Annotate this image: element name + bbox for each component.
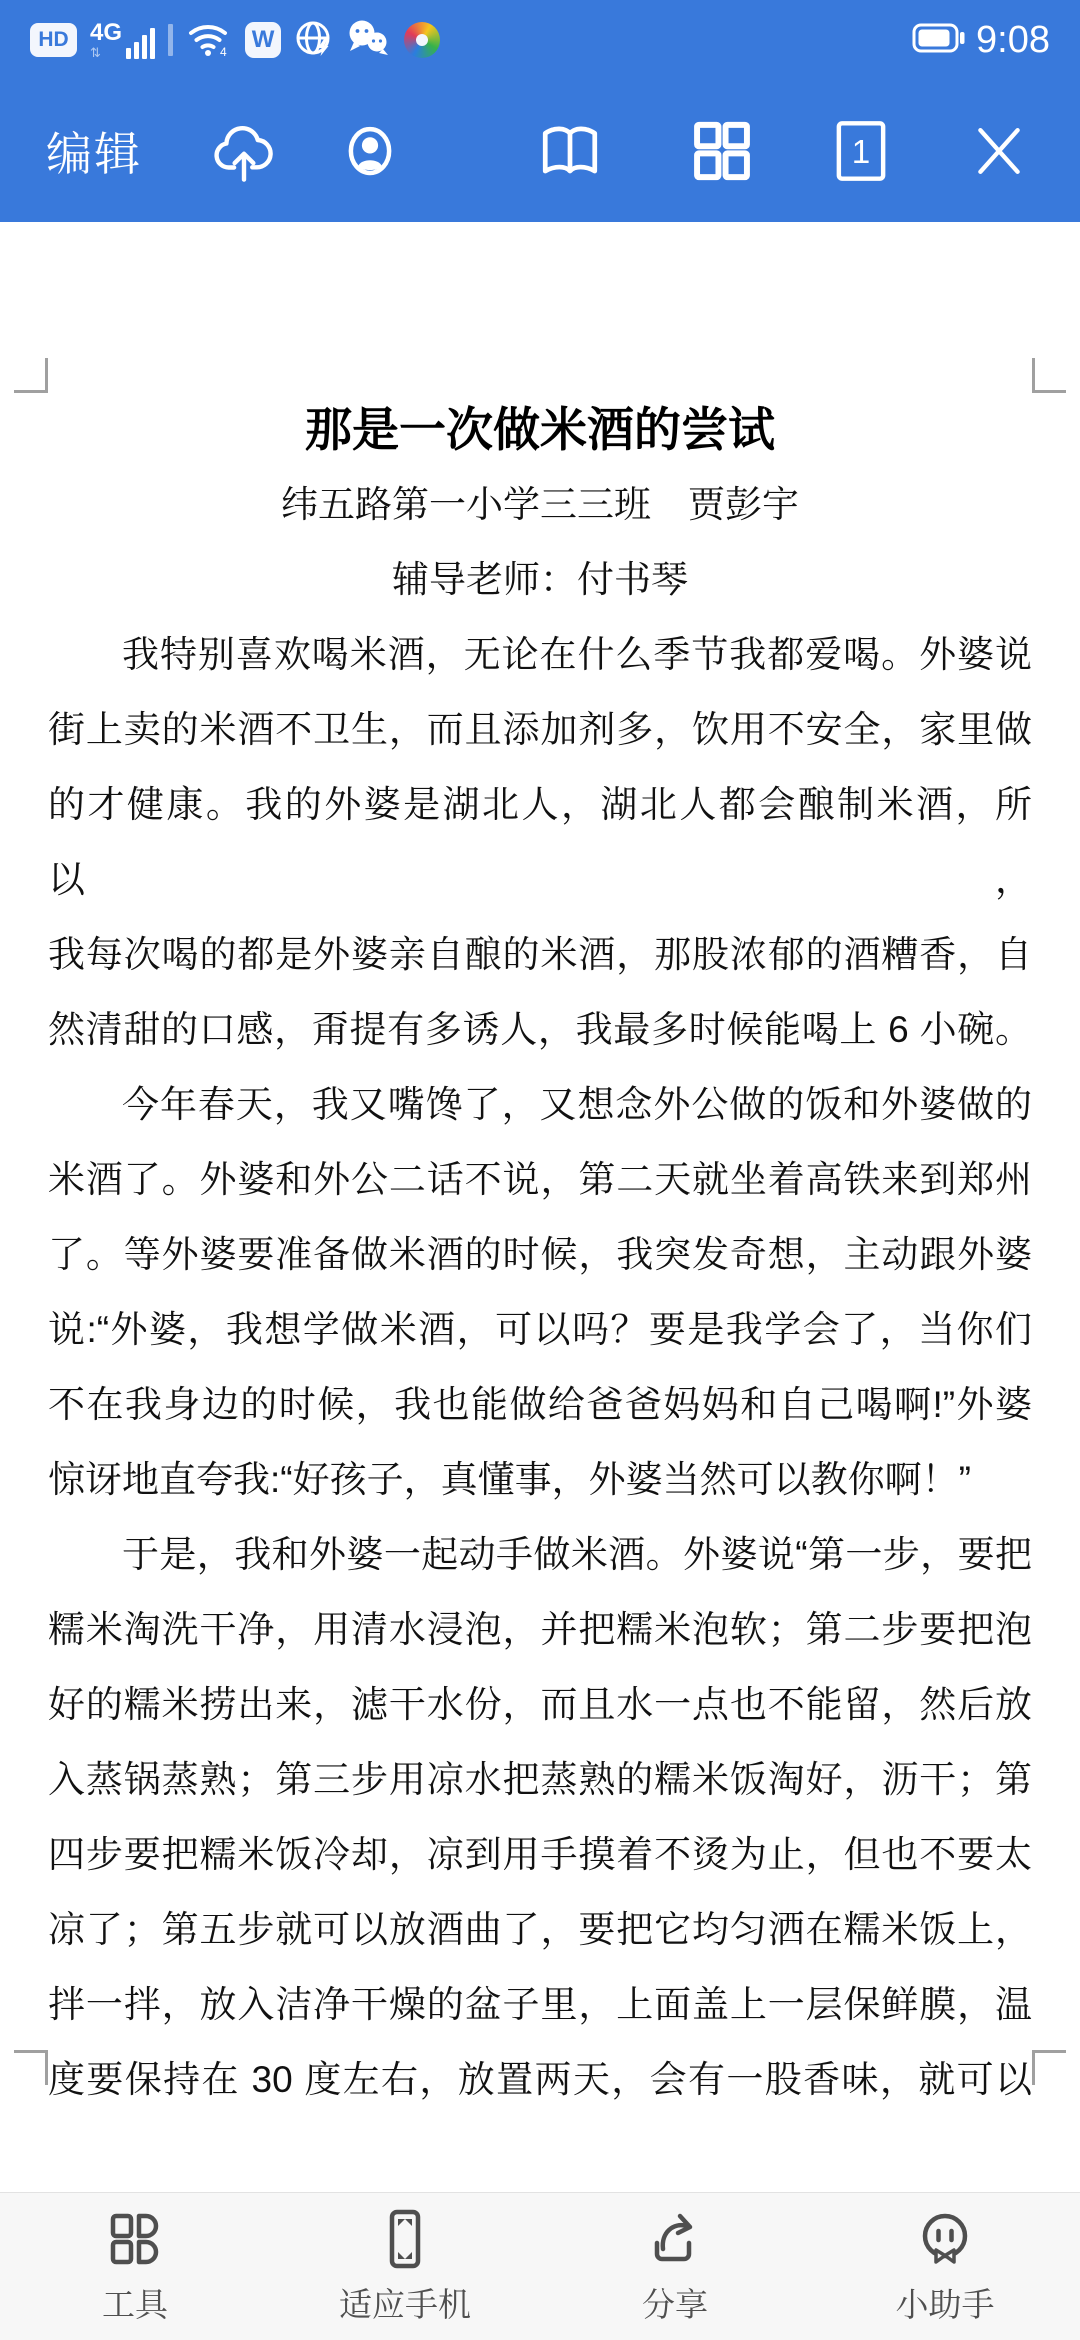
battery-icon [912,21,966,60]
close-icon [964,116,1034,186]
doc-line: 我特别喜欢喝米酒，无论在什么季节我都爱喝。外婆说 [48,617,1032,692]
browser-globe-icon [294,19,332,62]
doc-line: 街上卖的米酒不卫生，而且添加剂多，饮用不安全，家里做 [48,692,1032,767]
bottom-tab-assistant[interactable]: 小助手 [810,2193,1080,2340]
status-bar-right: 9:08 [912,19,1050,62]
paragraph: 今年春天，我又嘴馋了，又想念外公做的饭和外婆做的米酒了。外婆和外公二话不说，第二… [48,1067,1032,1517]
document-body: 我特别喜欢喝米酒，无论在什么季节我都爱喝。外婆说街上卖的米酒不卫生，而且添加剂多… [48,617,1032,2117]
doc-line: 好的糯米捞出来，滤干水份，而且水一点也不能留，然后放 [48,1667,1032,1742]
margin-mark-top-right [1032,358,1066,393]
svg-text:1: 1 [852,134,870,171]
bottom-tab-label: 分享 [642,2279,708,2326]
fit-phone-icon [373,2207,437,2271]
document-tutor-line: 辅导老师：付书琴 [48,542,1032,617]
bottom-tab-share[interactable]: 分享 [540,2193,810,2340]
doc-line: 的才健康。我的外婆是湖北人，湖北人都会酿制米酒，所以， [48,767,1032,917]
margin-mark-top-left [14,358,48,393]
document-byline: 纬五路第一小学三三班 贾彭宇 [48,467,1032,542]
wechat-icon [345,19,391,62]
data-arrows-icon: ⇅ [90,46,101,59]
edit-button[interactable]: 编辑 [46,118,142,184]
margin-mark-bottom-left [14,2050,48,2085]
app-header: HD 4G ⇅ 4 W [0,0,1080,222]
status-bar: HD 4G ⇅ 4 W [0,0,1080,80]
tools-grid-icon [103,2207,167,2271]
share-icon [643,2207,707,2271]
account-avatar-button[interactable] [334,115,406,187]
bottom-toolbar: 工具 适应手机 分享 [0,2192,1080,2340]
paragraph: 我特别喜欢喝米酒，无论在什么季节我都爱喝。外婆说街上卖的米酒不卫生，而且添加剂多… [48,617,1032,1067]
close-button[interactable] [964,116,1034,186]
doc-line: 不在我身边的时候，我也能做给爸爸妈妈和自己喝啊!”外婆 [48,1367,1032,1442]
theme-wheel-icon [404,22,440,58]
doc-line: 惊讶地直夸我:“好孩子，真懂事，外婆当然可以教你啊！” [48,1442,1032,1517]
doc-line: 今年春天，我又嘴馋了，又想念外公做的饭和外婆做的 [48,1067,1032,1142]
doc-line: 米酒了。外婆和外公二话不说，第二天就坐着高铁来到郑州 [48,1142,1032,1217]
grid-view-icon [684,113,760,189]
account-avatar-icon [334,115,406,187]
hd-badge: HD [30,23,77,57]
svg-text:4: 4 [220,45,227,57]
bottom-tab-label: 小助手 [896,2279,995,2326]
read-mode-button[interactable] [532,118,608,184]
document-page[interactable]: 那是一次做米酒的尝试 纬五路第一小学三三班 贾彭宇 辅导老师：付书琴 我特别喜欢… [0,222,1080,2192]
cloud-upload-button[interactable] [208,118,280,184]
wps-app-icon: W [245,22,281,58]
cloud-upload-icon [208,118,280,184]
bottom-tab-tools[interactable]: 工具 [0,2193,270,2340]
wifi-icon: 4 [186,19,232,62]
read-mode-book-icon [532,118,608,184]
doc-line: 于是，我和外婆一起动手做米酒。外婆说“第一步，要把 [48,1517,1032,1592]
secondary-signal-bar-icon [168,24,173,56]
status-bar-left: HD 4G ⇅ 4 W [30,19,440,62]
clock-time: 9:08 [976,19,1050,62]
doc-line: 然清甜的口感，甭提有多诱人，我最多时候能喝上 6 小碗。 [48,992,1032,1067]
top-toolbar: 编辑 [0,80,1080,222]
doc-line: 度要保持在 30 度左右，放置两天，会有一股香味，就可以 [48,2042,1032,2117]
doc-line: 入蒸锅蒸熟；第三步用凉水把蒸熟的糯米饭淘好，沥干；第 [48,1742,1032,1817]
doc-line: 凉了；第五步就可以放酒曲了，要把它均匀洒在糯米饭上， [48,1892,1032,1967]
margin-mark-bottom-right [1032,2050,1066,2085]
cellular-signal-icon: 4G ⇅ [90,21,155,59]
doc-line: 糯米淘洗干净，用清水浸泡，并把糯米泡软；第二步要把泡 [48,1592,1032,1667]
doc-line: 拌一拌，放入洁净干燥的盆子里，上面盖上一层保鲜膜，温 [48,1967,1032,2042]
bottom-tab-label: 适应手机 [339,2279,471,2326]
signal-bars-icon [126,27,155,59]
bottom-tab-fit-phone[interactable]: 适应手机 [270,2193,540,2340]
document-title: 那是一次做米酒的尝试 [48,392,1032,467]
page-number-icon: 1 [830,115,892,187]
network-type-label: 4G [90,21,122,45]
paragraph: 于是，我和外婆一起动手做米酒。外婆说“第一步，要把糯米淘洗干净，用清水浸泡，并把… [48,1517,1032,2117]
wps-document-viewer: { "colors": { "accent_blue": "#3979DB", … [0,0,1080,2340]
document-content: 那是一次做米酒的尝试 纬五路第一小学三三班 贾彭宇 辅导老师：付书琴 我特别喜欢… [0,392,1080,2117]
doc-line: 说:“外婆，我想学做米酒，可以吗？要是我学会了，当你们 [48,1292,1032,1367]
doc-line: 我每次喝的都是外婆亲自酿的米酒，那股浓郁的酒糟香，自 [48,917,1032,992]
grid-view-button[interactable] [684,113,760,189]
doc-line: 四步要把糯米饭冷却，凉到用手摸着不烫为止，但也不要太 [48,1817,1032,1892]
page-number-button[interactable]: 1 [830,115,892,187]
assistant-icon [913,2207,977,2271]
doc-line: 了。等外婆要准备做米酒的时候，我突发奇想，主动跟外婆 [48,1217,1032,1292]
bottom-tab-label: 工具 [102,2279,168,2326]
